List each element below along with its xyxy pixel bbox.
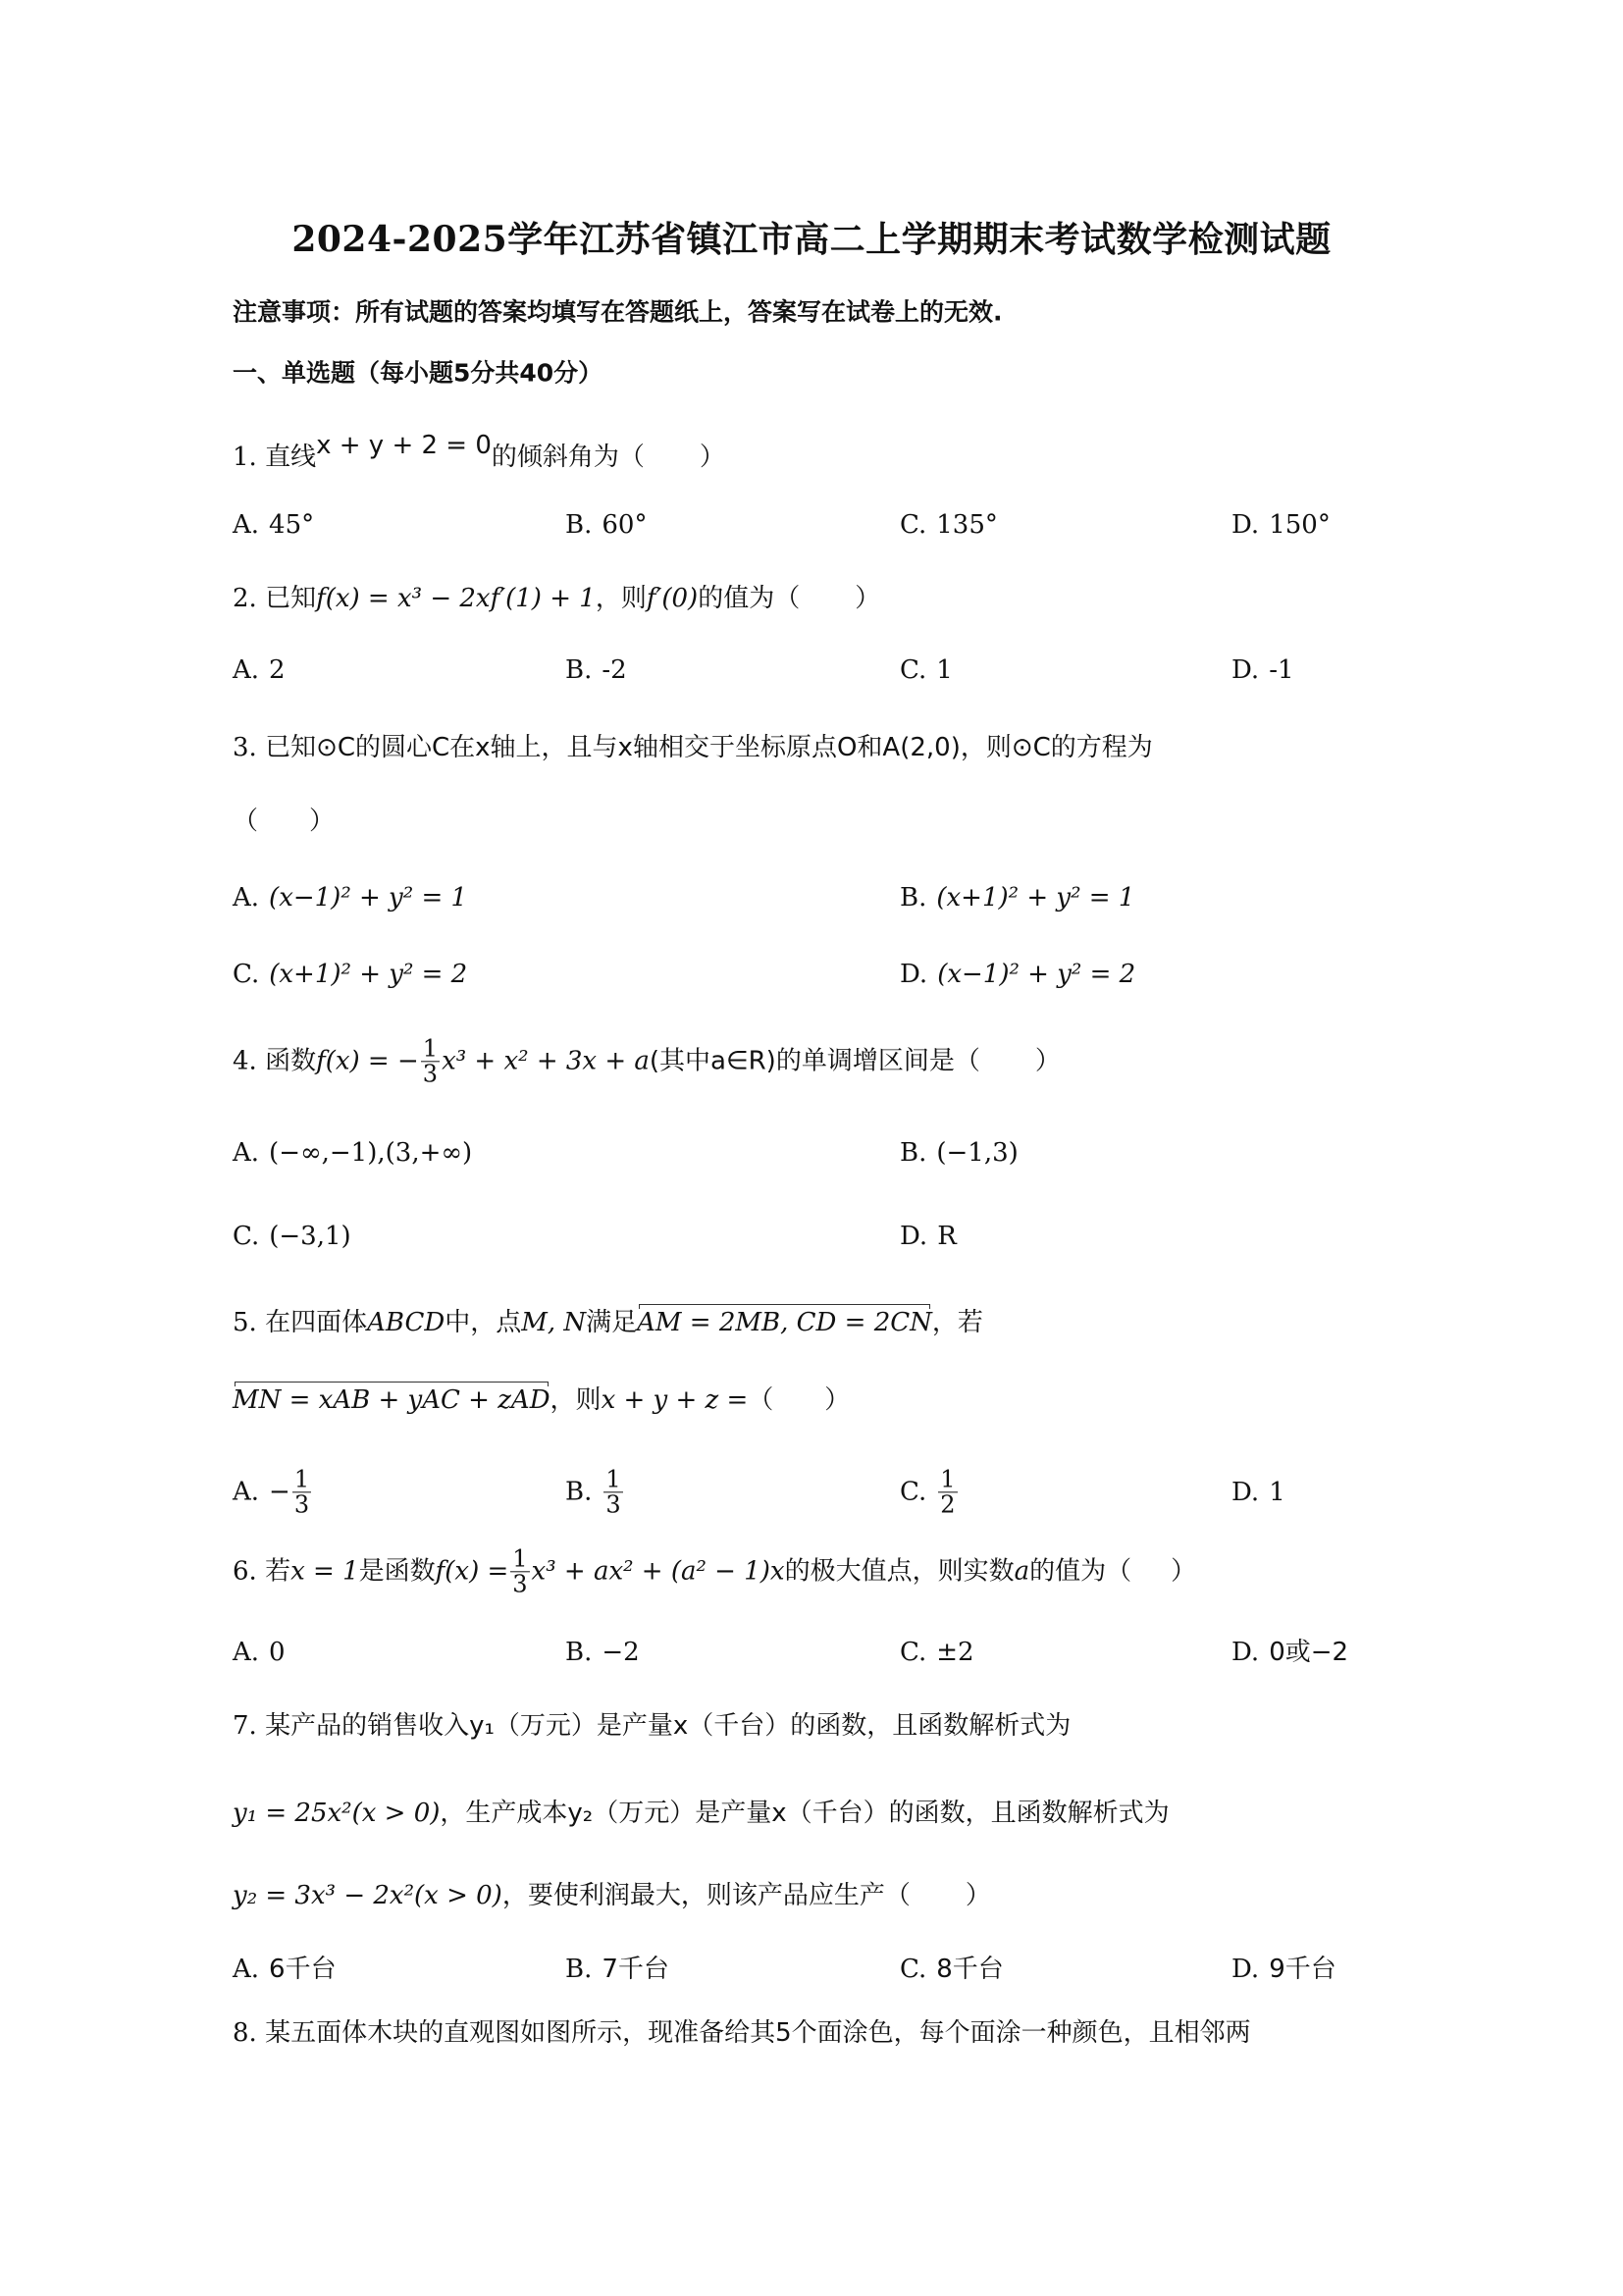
equation: f(x) = x³ − 2xf′(1) + 1 [316,584,596,613]
question-2: 2. 已知f(x) = x³ − 2xf′(1) + 1，则f′(0)的值为（） [233,586,880,611]
page-title: 2024-2025学年江苏省镇江市高二上学期期末考试数学检测试题 [0,222,1623,257]
option-c: C.135° [900,512,998,538]
option-a: A.6千台 [233,1957,337,1982]
option-c: C.8千台 [900,1957,1004,1982]
option-b: B.7千台 [565,1957,669,1982]
question-7-line-3: y₂ = 3x³ − 2x²(x > 0)，要使利润最大，则该产品应生产（） [233,1883,991,1908]
question-number: 6. [233,1557,257,1587]
option-d: D.9千台 [1231,1957,1336,1982]
option-d: D.R [900,1224,957,1249]
vector-equation: MN = xAB + yAC + zAD [233,1387,550,1413]
notice-text: 注意事项：所有试题的答案均填写在答题纸上，答案写在试卷上的无效. [233,300,1003,325]
question-text: 直线 [265,443,316,472]
question-5-line-2: MN = xAB + yAC + zAD，则x + y + z =（ ） [233,1387,850,1413]
question-1: 1. 直线x + y + 2 = 0的倾斜角为（） [233,444,725,470]
fraction: 13 [510,1546,529,1596]
option-a: A.−13 [233,1467,313,1517]
section-heading: 一、单选题（每小题5分共40分） [233,361,602,386]
question-4: 4. 函数f(x) = −13x³ + x² + 3x + a(其中a∈R)的单… [233,1036,1061,1086]
question-number: 3. [233,733,257,762]
question-text: 某五面体木块的直观图如图所示，现准备给其5个面涂色，每个面涂一种颜色，且相邻两 [265,2018,1251,2048]
option-c: C.(x+1)² + y² = 2 [233,962,467,987]
option-b: B.−2 [565,1640,640,1665]
question-number: 5. [233,1308,257,1337]
question-3: 3. 已知⊙C的圆心C在x轴上，且与x轴相交于坐标原点O和A(2,0)，则⊙C的… [233,735,1153,760]
question-7-line-2: y₁ = 25x²(x > 0)，生产成本y₂（万元）是产量x（千台）的函数，且… [233,1800,1170,1826]
question-6: 6. 若x = 1是函数f(x) =13x³ + ax² + (a² − 1)x… [233,1546,1196,1596]
option-b: B.60° [565,512,647,538]
option-c: C.12 [900,1467,960,1517]
option-b: B.13 [565,1467,625,1517]
option-d: D.1 [1231,1480,1285,1505]
question-number: 7. [233,1711,257,1741]
question-number: 2. [233,584,257,613]
option-a: A.45° [233,512,314,538]
question-7: 7. 某产品的销售收入y₁（万元）是产量x（千台）的函数，且函数解析式为 [233,1713,1071,1739]
option-d: D.150° [1231,512,1331,538]
answer-blank: （ ） [233,809,335,834]
question-text: 某产品的销售收入y₁（万元）是产量x（千台）的函数，且函数解析式为 [265,1711,1071,1741]
answer-blank-close: ） [700,443,725,472]
option-a: A.(x−1)² + y² = 1 [233,885,467,911]
equation: x + y + 2 = 0 [316,431,492,460]
fraction: 13 [421,1036,440,1086]
option-c: C.(−3,1) [233,1224,351,1249]
option-b: B.(x+1)² + y² = 1 [900,885,1134,911]
question-number: 4. [233,1047,257,1076]
option-c: C.1 [900,657,953,683]
option-a: A.(−∞,−1),(3,+∞) [233,1140,472,1166]
option-c: C.±2 [900,1640,974,1665]
question-text: 的倾斜角为（ [492,443,645,472]
question-number: 1. [233,443,257,472]
question-text: 已知⊙C的圆心C在x轴上，且与x轴相交于坐标原点O和A(2,0)，则⊙C的方程为 [265,733,1153,762]
question-8: 8. 某五面体木块的直观图如图所示，现准备给其5个面涂色，每个面涂一种颜色，且相… [233,2020,1251,2046]
option-a: A.2 [233,657,286,683]
option-b: B.(−1,3) [900,1140,1019,1166]
vector-condition: AM = 2MB, CD = 2CN [637,1310,932,1335]
option-d: D.-1 [1231,657,1294,683]
option-d: D.(x−1)² + y² = 2 [900,962,1135,987]
option-d: D.0或−2 [1231,1640,1348,1665]
question-5: 5. 在四面体ABCD中，点M, N满足AM = 2MB, CD = 2CN，若 [233,1310,983,1335]
expression: f′(0) [647,584,698,613]
option-a: A.0 [233,1640,286,1665]
question-number: 8. [233,2018,257,2048]
option-b: B.-2 [565,657,627,683]
